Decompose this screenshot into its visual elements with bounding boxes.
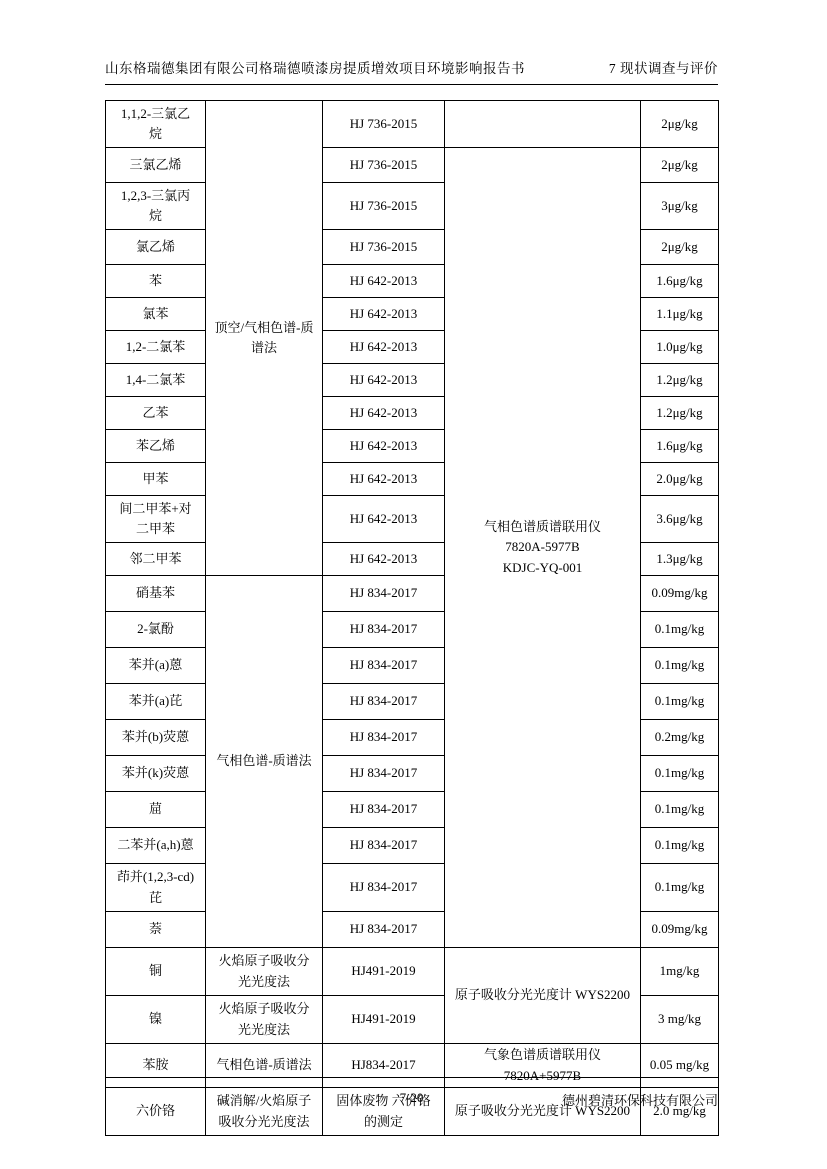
substance-cell: 苯并(a)芘 — [106, 684, 206, 720]
standard-cell: HJ 642-2013 — [323, 397, 445, 430]
instrument-cell-merged: 气相色谱质谱联用仪 7820A-5977B KDJC-YQ-001 — [445, 148, 641, 948]
limit-cell: 2μg/kg — [641, 101, 719, 148]
substance-cell: 苯并(b)荧蒽 — [106, 720, 206, 756]
standard-cell: HJ 642-2013 — [323, 364, 445, 397]
page-header: 山东格瑞德集团有限公司格瑞德喷漆房提质增效项目环境影响报告书 7 现状调查与评价 — [105, 57, 718, 77]
table-row: 苯胺 气相色谱-质谱法 HJ834-2017 气象色谱质谱联用仪 7820A+5… — [106, 1044, 719, 1088]
substance-cell: 1,2,3-三氯丙 烷 — [106, 183, 206, 230]
limit-cell: 3 mg/kg — [641, 996, 719, 1044]
substance-cell: 茚并(1,2,3-cd) 芘 — [106, 864, 206, 912]
substance-cell: 镍 — [106, 996, 206, 1044]
limit-cell: 0.1mg/kg — [641, 684, 719, 720]
substance-cell: 三氯乙烯 — [106, 148, 206, 183]
limit-cell: 0.05 mg/kg — [641, 1044, 719, 1088]
limit-cell: 2μg/kg — [641, 230, 719, 265]
limit-cell: 0.09mg/kg — [641, 576, 719, 612]
document-page: 山东格瑞德集团有限公司格瑞德喷漆房提质增效项目环境影响报告书 7 现状调查与评价… — [0, 0, 827, 1169]
instrument-cell-merged: 原子吸收分光光度计 WYS2200 — [445, 948, 641, 1044]
table-row: 1,1,2-三氯乙 烷 顶空/气相色谱-质 谱法 HJ 736-2015 2μg… — [106, 101, 719, 148]
standard-cell: HJ491-2019 — [323, 996, 445, 1044]
limit-cell: 1.2μg/kg — [641, 364, 719, 397]
substance-cell: 1,1,2-三氯乙 烷 — [106, 101, 206, 148]
substance-cell: 氯乙烯 — [106, 230, 206, 265]
standard-cell: HJ 736-2015 — [323, 230, 445, 265]
limit-cell: 1.6μg/kg — [641, 430, 719, 463]
substance-cell: 2-氯酚 — [106, 612, 206, 648]
limit-cell: 0.09mg/kg — [641, 912, 719, 948]
substance-cell: 邻二甲苯 — [106, 543, 206, 576]
limit-cell: 1.2μg/kg — [641, 397, 719, 430]
header-chapter-title: 7 现状调查与评价 — [609, 57, 718, 77]
substance-cell: 苯 — [106, 265, 206, 298]
footer-rule — [105, 1077, 718, 1078]
substance-cell: 萘 — [106, 912, 206, 948]
limit-cell: 1.1μg/kg — [641, 298, 719, 331]
method-cell: 气相色谱-质谱法 — [206, 1044, 323, 1088]
standard-cell: HJ 736-2015 — [323, 148, 445, 183]
limit-cell: 0.1mg/kg — [641, 756, 719, 792]
standard-cell: HJ 834-2017 — [323, 756, 445, 792]
standard-cell: HJ 834-2017 — [323, 864, 445, 912]
limit-cell: 1mg/kg — [641, 948, 719, 996]
substance-cell: 乙苯 — [106, 397, 206, 430]
substance-cell: 1,4-二氯苯 — [106, 364, 206, 397]
footer-company: 德州碧清环保科技有限公司 — [562, 1090, 718, 1109]
table-row: 铜 火焰原子吸收分 光光度法 HJ491-2019 原子吸收分光光度计 WYS2… — [106, 948, 719, 996]
substance-cell: 苯乙烯 — [106, 430, 206, 463]
standard-cell: HJ 642-2013 — [323, 463, 445, 496]
substance-cell: 甲苯 — [106, 463, 206, 496]
standard-cell: HJ 834-2017 — [323, 792, 445, 828]
header-report-title: 山东格瑞德集团有限公司格瑞德喷漆房提质增效项目环境影响报告书 — [105, 57, 525, 77]
limit-cell: 2μg/kg — [641, 148, 719, 183]
substance-cell: 间二甲苯+对 二甲苯 — [106, 496, 206, 543]
instrument-cell: 气象色谱质谱联用仪 7820A+5977B — [445, 1044, 641, 1088]
standard-cell: HJ 642-2013 — [323, 298, 445, 331]
standard-cell: HJ 834-2017 — [323, 912, 445, 948]
standard-cell: HJ 834-2017 — [323, 828, 445, 864]
standard-cell: HJ 642-2013 — [323, 265, 445, 298]
substance-cell: 苯并(k)荧蒽 — [106, 756, 206, 792]
standard-cell: HJ 642-2013 — [323, 543, 445, 576]
standard-cell: HJ491-2019 — [323, 948, 445, 996]
standard-cell: HJ 834-2017 — [323, 612, 445, 648]
limit-cell: 0.1mg/kg — [641, 648, 719, 684]
standard-cell: HJ 834-2017 — [323, 720, 445, 756]
standard-cell: HJ 642-2013 — [323, 496, 445, 543]
monitoring-methods-table: 1,1,2-三氯乙 烷 顶空/气相色谱-质 谱法 HJ 736-2015 2μg… — [105, 100, 719, 1136]
method-cell: 火焰原子吸收分 光光度法 — [206, 948, 323, 996]
substance-cell: 二苯并(a,h)蒽 — [106, 828, 206, 864]
limit-cell: 1.0μg/kg — [641, 331, 719, 364]
substance-cell: 苯胺 — [106, 1044, 206, 1088]
standard-cell: HJ 642-2013 — [323, 430, 445, 463]
standard-cell: HJ 736-2015 — [323, 183, 445, 230]
table-row: 三氯乙烯 HJ 736-2015 气相色谱质谱联用仪 7820A-5977B K… — [106, 148, 719, 183]
substance-cell: 氯苯 — [106, 298, 206, 331]
method-cell: 火焰原子吸收分 光光度法 — [206, 996, 323, 1044]
standard-cell: HJ 834-2017 — [323, 576, 445, 612]
limit-cell: 3μg/kg — [641, 183, 719, 230]
standard-cell: HJ 834-2017 — [323, 684, 445, 720]
limit-cell: 0.1mg/kg — [641, 792, 719, 828]
standard-cell: HJ 642-2013 — [323, 331, 445, 364]
limit-cell: 2.0μg/kg — [641, 463, 719, 496]
substance-cell: 铜 — [106, 948, 206, 996]
limit-cell: 1.3μg/kg — [641, 543, 719, 576]
header-rule — [105, 84, 718, 85]
method-cell-merged: 顶空/气相色谱-质 谱法 — [206, 101, 323, 576]
substance-cell: 䓛 — [106, 792, 206, 828]
substance-cell: 硝基苯 — [106, 576, 206, 612]
limit-cell: 0.1mg/kg — [641, 828, 719, 864]
limit-cell: 0.1mg/kg — [641, 612, 719, 648]
substance-cell: 1,2-二氯苯 — [106, 331, 206, 364]
limit-cell: 0.2mg/kg — [641, 720, 719, 756]
limit-cell: 1.6μg/kg — [641, 265, 719, 298]
standard-cell: HJ 834-2017 — [323, 648, 445, 684]
standard-cell: HJ 736-2015 — [323, 101, 445, 148]
substance-cell: 苯并(a)蒽 — [106, 648, 206, 684]
instrument-cell-empty — [445, 101, 641, 148]
method-cell-merged: 气相色谱-质谱法 — [206, 576, 323, 948]
standard-cell: HJ834-2017 — [323, 1044, 445, 1088]
limit-cell: 3.6μg/kg — [641, 496, 719, 543]
limit-cell: 0.1mg/kg — [641, 864, 719, 912]
